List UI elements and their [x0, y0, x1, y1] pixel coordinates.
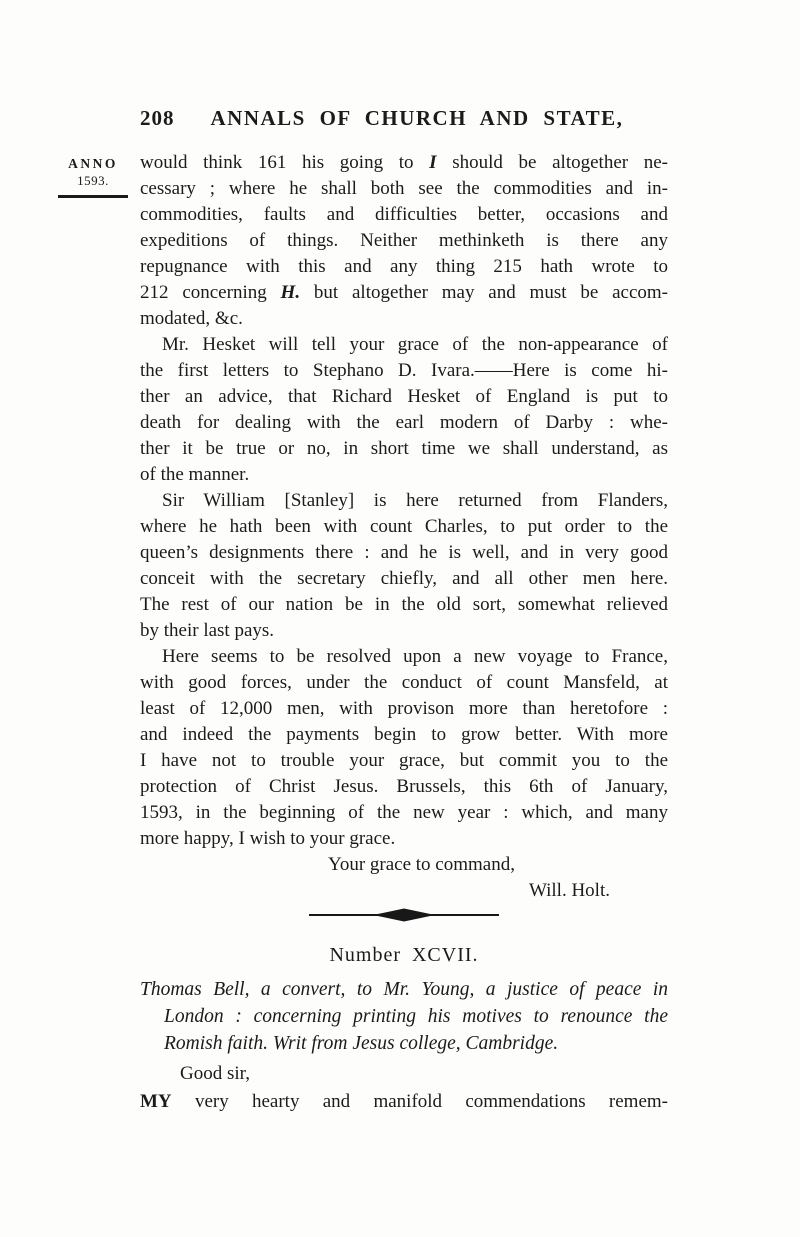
text-line: Here seems to be resolved upon a new voy… — [140, 644, 668, 670]
opening-line: MY very hearty and manifold commendation… — [140, 1089, 668, 1115]
text-line: ther an advice, that Richard Hesket of E… — [140, 384, 668, 410]
anno-label: ANNO — [58, 156, 128, 171]
anno-year: 1593. — [58, 173, 128, 188]
text-line: of the manner. — [140, 462, 668, 488]
letter-summary: Thomas Bell, a convert, to Mr. Young, a … — [140, 976, 668, 1057]
text-line: Sir William [Stanley] is here returned f… — [140, 488, 668, 514]
section-divider — [309, 908, 499, 922]
text-line: protection of Christ Jesus. Brussels, th… — [140, 774, 668, 800]
text-line: expeditions of things. Neither methinket… — [140, 228, 668, 254]
text-line: 1593, in the beginning of the new year :… — [140, 800, 668, 826]
signature-line: Will. Holt. — [140, 878, 668, 904]
text-line: Mr. Hesket will tell your grace of the n… — [140, 332, 668, 358]
text-line: modated, &c. — [140, 306, 668, 332]
text-line: I have not to trouble your grace, but co… — [140, 748, 668, 774]
running-header: 208 ANNALS OF CHURCH AND STATE, — [140, 106, 668, 131]
divider-diamond-icon — [373, 909, 435, 922]
summary-line: London : concerning printing his motives… — [140, 1003, 668, 1030]
margin-note: ANNO 1593. — [58, 156, 128, 198]
text-line: repugnance with this and any thing 215 h… — [140, 254, 668, 280]
text-line: least of 12,000 men, with provison more … — [140, 696, 668, 722]
section-heading: Number XCVII. — [140, 942, 668, 968]
text-line: the first letters to Stephano D. Ivara.—… — [140, 358, 668, 384]
summary-line: Thomas Bell, a convert, to Mr. Young, a … — [140, 976, 668, 1003]
text-line: more happy, I wish to your grace. — [140, 826, 668, 852]
text-line: would think 161 his going to I should be… — [140, 150, 668, 176]
text-line: where he hath been with count Charles, t… — [140, 514, 668, 540]
closing-line: Your grace to command, — [140, 852, 668, 878]
text-line: commodities, faults and difficulties bet… — [140, 202, 668, 228]
running-title: ANNALS OF CHURCH AND STATE, — [211, 106, 624, 131]
text-line: ther it be true or no, in short time we … — [140, 436, 668, 462]
text-line: death for dealing with the earl modern o… — [140, 410, 668, 436]
text-line: The rest of our nation be in the old sor… — [140, 592, 668, 618]
paragraph: Sir William [Stanley] is here returned f… — [140, 488, 668, 644]
paragraph: Here seems to be resolved upon a new voy… — [140, 644, 668, 852]
salutation: Good sir, — [140, 1061, 668, 1087]
page-number: 208 — [140, 106, 175, 131]
text-line: with good forces, under the conduct of c… — [140, 670, 668, 696]
text-line: and indeed the payments begin to grow be… — [140, 722, 668, 748]
text-column: would think 161 his going to I should be… — [140, 150, 668, 1115]
text-line: queen’s designments there : and he is we… — [140, 540, 668, 566]
summary-line: Romish faith. Writ from Jesus college, C… — [140, 1030, 668, 1057]
text-line: cessary ; where he shall both see the co… — [140, 176, 668, 202]
book-page: 208 ANNALS OF CHURCH AND STATE, ANNO 159… — [0, 0, 800, 1237]
text-line: 212 concerning H. but altogether may and… — [140, 280, 668, 306]
paragraph: would think 161 his going to I should be… — [140, 150, 668, 332]
text-line: conceit with the secretary chiefly, and … — [140, 566, 668, 592]
letter-body: would think 161 his going to I should be… — [140, 150, 668, 852]
paragraph: Mr. Hesket will tell your grace of the n… — [140, 332, 668, 488]
text-line: by their last pays. — [140, 618, 668, 644]
